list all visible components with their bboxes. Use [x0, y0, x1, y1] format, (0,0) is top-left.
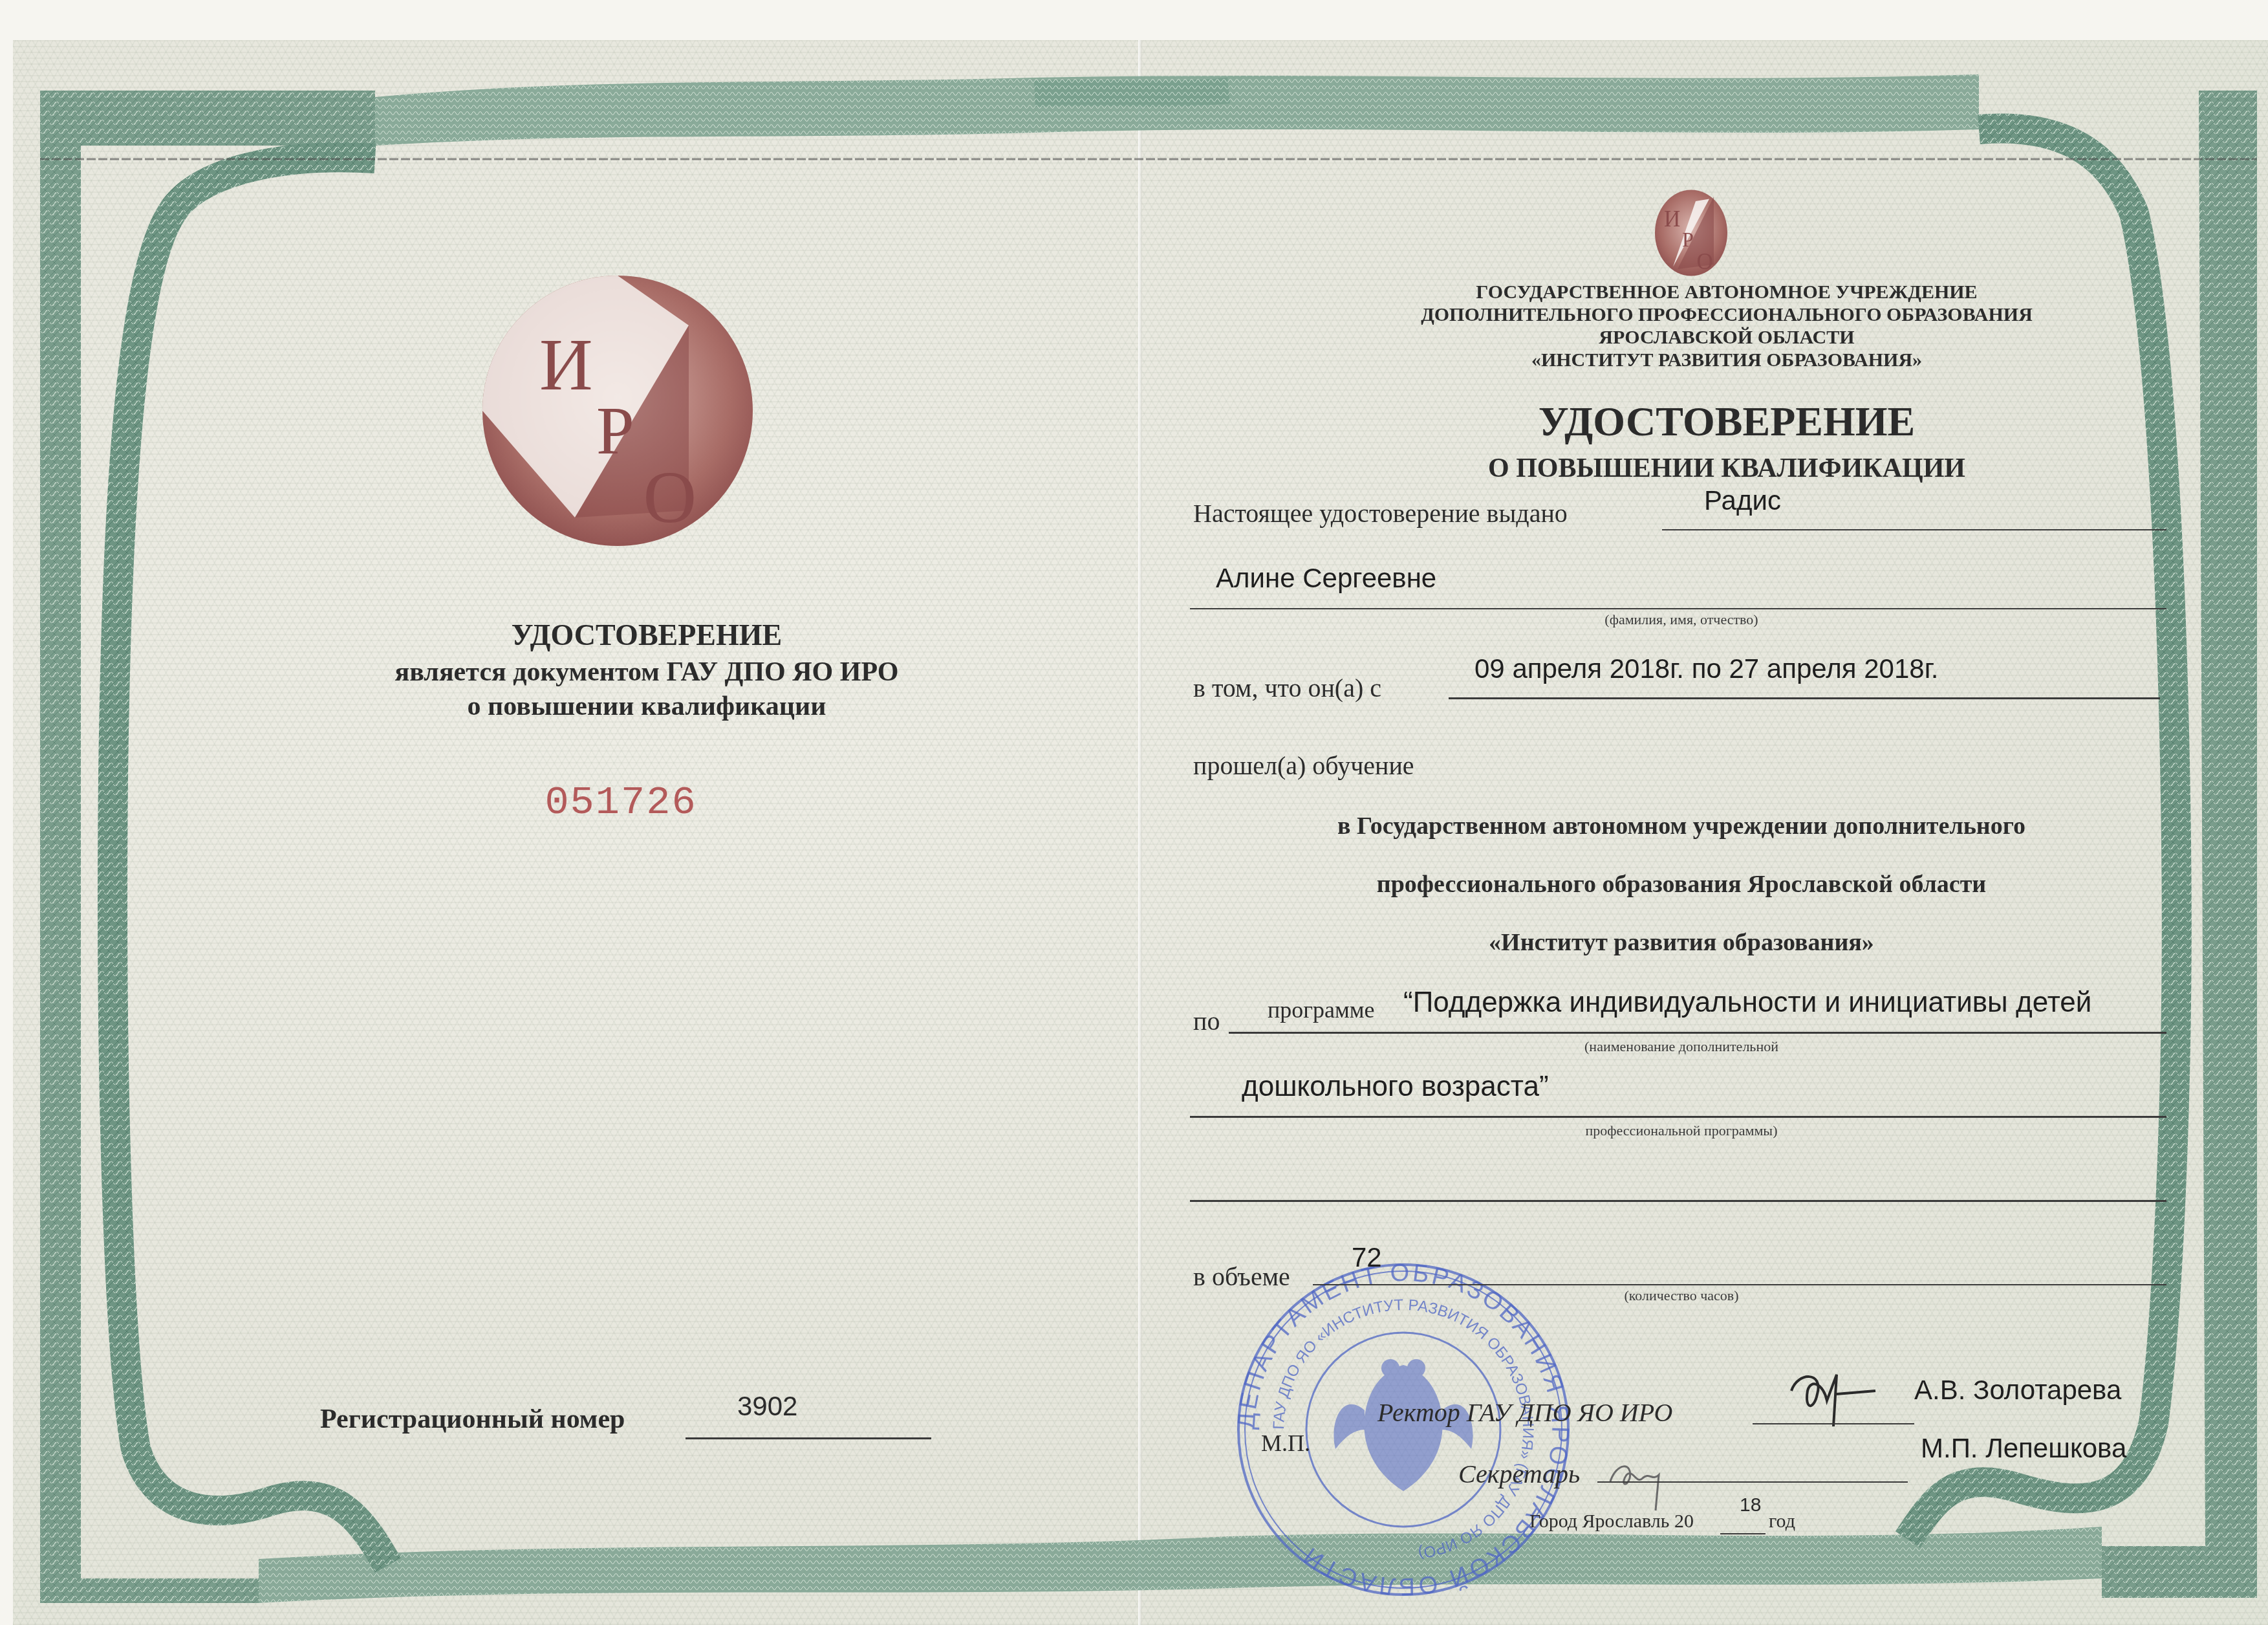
organization-line-3: «Институт развития образования»: [1196, 928, 2166, 957]
issued-to-label: Настоящее удостоверение выдано: [1193, 498, 1568, 529]
year-underline: [1720, 1533, 1766, 1534]
serial-number: 051726: [504, 780, 737, 825]
name-patronymic-value: Алине Сергеевне: [1216, 563, 1436, 594]
program-prefix: по: [1193, 1006, 1220, 1036]
surname-underline: [1662, 529, 2166, 530]
secretary-signature-icon: [1597, 1443, 1694, 1514]
iro-logo-icon: И Р О: [475, 268, 760, 553]
program-word: программе: [1268, 996, 1375, 1023]
registration-underline: [686, 1437, 931, 1439]
institution-line-4: «ИНСТИТУТ РАЗВИТИЯ ОБРАЗОВАНИЯ»: [1293, 349, 2160, 371]
left-title: УДОСТОВЕРЕНИЕ: [291, 618, 1002, 652]
institution-line-3: ЯРОСЛАВСКОЙ ОБЛАСТИ: [1293, 327, 2160, 349]
seal-label: М.П.: [1261, 1430, 1310, 1457]
organization-line-1: в Государственном автономном учреждении …: [1196, 812, 2166, 840]
left-subtitle-2: о повышении квалификации: [291, 691, 1002, 722]
registration-label: Регистрационный номер: [320, 1404, 625, 1435]
svg-text:О: О: [1696, 249, 1712, 274]
hours-label: в объеме: [1193, 1261, 1290, 1292]
rector-label: Ректор ГАУ ДПО ЯО ИРО: [1377, 1397, 1672, 1428]
secretary-name: М.П. Лепешкова: [1921, 1433, 2126, 1464]
program-underline-2: [1190, 1116, 2166, 1118]
rector-underline: [1753, 1423, 1914, 1424]
program-caption-1: (наименование дополнительной: [1487, 1038, 1875, 1055]
program-caption-2: профессиональной программы): [1487, 1122, 1875, 1139]
iro-logo-small-icon: И Р О: [1646, 188, 1736, 278]
secretary-label: Секретарь: [1458, 1459, 1580, 1489]
svg-text:О: О: [643, 456, 697, 538]
hours-value: 72: [1352, 1242, 1382, 1273]
registration-number: 3902: [737, 1391, 797, 1422]
certificate-subtitle: О ПОВЫШЕНИИ КВАЛИФИКАЦИИ: [1293, 453, 2160, 484]
rector-name: А.В. Золотарева: [1914, 1375, 2121, 1406]
svg-text:И: И: [539, 323, 593, 406]
city-year-prefix: Город Ярославль 20: [1529, 1510, 1694, 1532]
svg-text:И: И: [1664, 206, 1680, 232]
year-value: 18: [1740, 1494, 1761, 1516]
institution-line-2: ДОПОЛНИТЕЛЬНОГО ПРОФЕССИОНАЛЬНОГО ОБРАЗО…: [1293, 304, 2160, 326]
period-underline: [1449, 697, 2160, 699]
surname-value: Радис: [1704, 485, 1781, 516]
name-underline: [1190, 608, 2166, 609]
svg-text:Р: Р: [1682, 228, 1694, 251]
svg-text:Р: Р: [596, 393, 634, 468]
hours-caption: (количество часов): [1487, 1287, 1875, 1304]
fio-caption: (фамилия, имя, отчество): [1487, 611, 1875, 628]
program-underline-3: [1190, 1200, 2166, 1202]
secretary-underline: [1597, 1481, 1908, 1483]
left-subtitle-1: является документом ГАУ ДПО ЯО ИРО: [291, 657, 1002, 688]
program-underline-1: [1229, 1032, 2166, 1034]
hours-underline: [1313, 1284, 2166, 1285]
trained-label: прошел(а) обучение: [1193, 750, 1414, 781]
period-value: 09 апреля 2018г. по 27 апреля 2018г.: [1474, 653, 1939, 684]
institution-line-1: ГОСУДАРСТВЕННОЕ АВТОНОМНОЕ УЧРЕЖДЕНИЕ: [1293, 281, 2160, 303]
certificate-title: УДОСТОВЕРЕНИЕ: [1293, 398, 2160, 446]
period-label: в том, что он(а) с: [1193, 673, 1381, 703]
year-suffix: год: [1769, 1510, 1795, 1532]
program-line-2: дошкольного возраста”: [1242, 1071, 1549, 1103]
rector-signature-icon: [1778, 1365, 1882, 1436]
program-line-1: “Поддержка индивидуальности и инициативы…: [1403, 987, 2091, 1019]
organization-line-2: профессионального образования Ярославско…: [1196, 870, 2166, 899]
